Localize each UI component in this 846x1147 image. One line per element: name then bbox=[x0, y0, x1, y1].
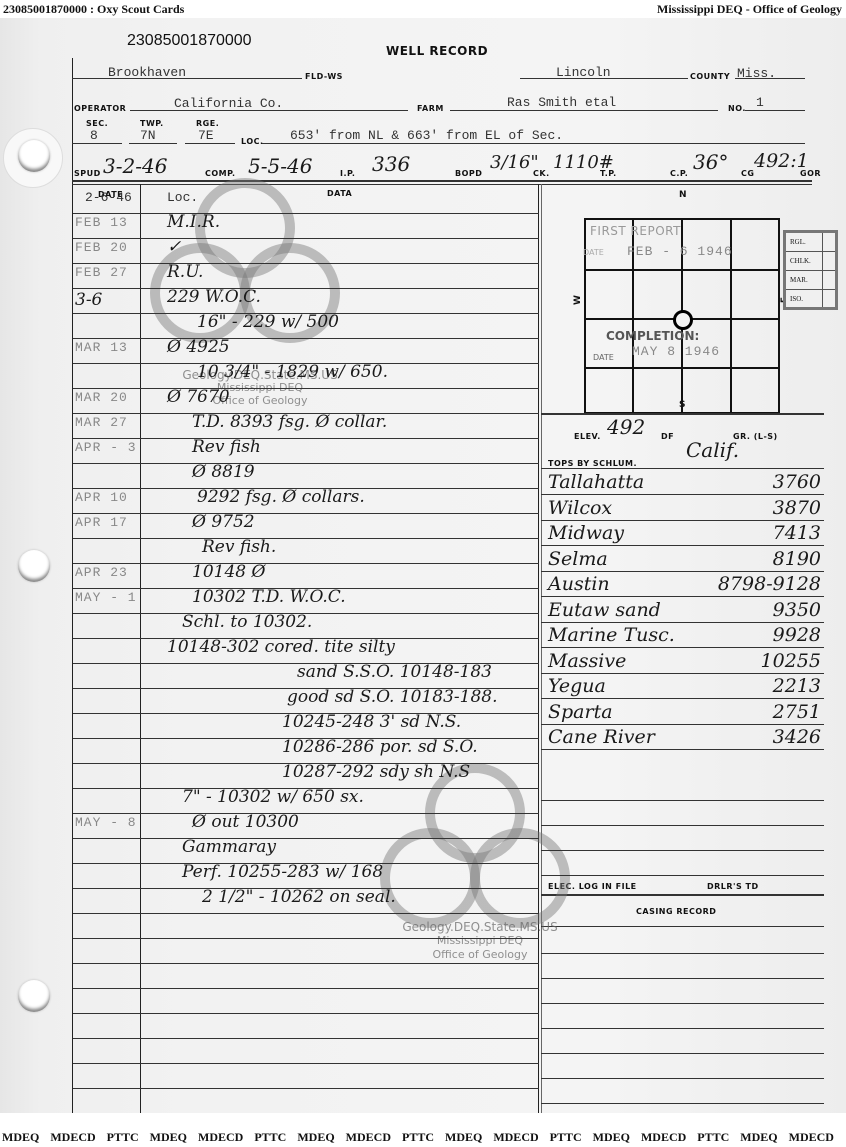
rule bbox=[73, 213, 539, 214]
rule bbox=[73, 563, 539, 564]
rule bbox=[73, 988, 539, 989]
log-row: 10286-286 por. sd S.O. bbox=[73, 736, 540, 760]
rule bbox=[73, 238, 539, 239]
log-entry: Rev fish bbox=[192, 437, 261, 457]
log-row: FEB 27R.U. bbox=[73, 261, 540, 285]
rule bbox=[541, 875, 824, 876]
log-row: FEB 13M.I.R. bbox=[73, 211, 540, 235]
rge-label: RGE. bbox=[196, 119, 219, 128]
log-row: 10 3/4" - 1829 w/ 650. bbox=[73, 361, 540, 385]
twp-value: 7N bbox=[140, 128, 156, 143]
log-row: MAR 13Ø 4925 bbox=[73, 336, 540, 360]
log-entry: R.U. bbox=[167, 262, 203, 282]
log-entry: 229 W.O.C. bbox=[167, 287, 261, 307]
log-row: 10148-302 cored. tite silty bbox=[73, 636, 540, 660]
checklist-item: RGL. bbox=[786, 233, 835, 252]
rule bbox=[541, 926, 824, 927]
log-entry: good sd S.O. 10183-188. bbox=[287, 687, 498, 707]
rule bbox=[541, 749, 824, 750]
gor-label: GOR bbox=[800, 169, 821, 178]
log-date: 2-6-46 bbox=[85, 190, 132, 205]
log-row: APR 109292 fsg. Ø collars. bbox=[73, 486, 540, 510]
formation-depth: 3870 bbox=[773, 497, 821, 519]
rule bbox=[73, 638, 539, 639]
log-entry: Perf. 10255-283 w/ 168 bbox=[182, 862, 383, 882]
formation-name: Eutaw sand bbox=[548, 599, 661, 621]
formation-name: Sparta bbox=[548, 701, 613, 723]
rule bbox=[73, 438, 539, 439]
log-row: FEB 20✓ bbox=[73, 236, 540, 260]
first-report-date: FEB - 6 1946 bbox=[627, 244, 733, 259]
rule bbox=[262, 143, 805, 144]
well-no-label: NO. bbox=[728, 104, 746, 113]
api-number: 23085001870000 bbox=[127, 32, 252, 50]
log-entry: 10287-292 sdy sh N.S bbox=[282, 762, 470, 782]
rule bbox=[72, 78, 302, 79]
formation-depth: 7413 bbox=[773, 522, 821, 544]
df-label: DF bbox=[661, 432, 674, 441]
log-entry: Ø 8819 bbox=[192, 462, 255, 482]
log-entry: 10245-248 3' sd N.S. bbox=[282, 712, 461, 732]
log-row: APR 17Ø 9752 bbox=[73, 511, 540, 535]
punch-hole-icon bbox=[18, 140, 50, 172]
elev-label: ELEV. bbox=[574, 432, 601, 441]
location-value: 653' from NL & 663' from EL of Sec. bbox=[290, 128, 563, 143]
bopd-value: 3/16" bbox=[490, 152, 539, 173]
formation-name: Cane River bbox=[548, 726, 655, 748]
log-entry: Loc. bbox=[167, 190, 198, 205]
log-date: MAR 13 bbox=[75, 340, 128, 355]
watermark-office: Office of Geology bbox=[370, 948, 590, 961]
formation-top-row: Selma8190 bbox=[540, 547, 825, 571]
log-date: FEB 13 bbox=[75, 215, 128, 230]
elev-value: 492 bbox=[607, 415, 645, 439]
rule bbox=[450, 110, 718, 111]
card-title: WELL RECORD bbox=[386, 44, 488, 58]
log-row: 10245-248 3' sd N.S. bbox=[73, 711, 540, 735]
tops-source: Calif. bbox=[686, 438, 739, 462]
watermark-agency: Mississippi DEQ bbox=[370, 934, 590, 947]
first-report-date-label: DATE bbox=[583, 248, 604, 257]
formation-depth: 9928 bbox=[773, 624, 821, 646]
watermark-url: Geology.DEQ.State.MS.US bbox=[370, 920, 590, 934]
log-entry: 10 3/4" - 1829 w/ 650. bbox=[197, 362, 388, 382]
formation-depth: 8190 bbox=[773, 548, 821, 570]
rule bbox=[541, 953, 824, 954]
comp-label: COMP. bbox=[205, 169, 236, 178]
rule bbox=[72, 184, 812, 185]
formation-depth: 8798-9128 bbox=[718, 573, 821, 595]
spud-value: 3-2-46 bbox=[103, 154, 167, 178]
log-entry: 16" - 229 w/ 500 bbox=[197, 312, 339, 332]
checklist-item: ISO. bbox=[786, 290, 835, 309]
ip-label: I.P. bbox=[340, 169, 355, 178]
document-id-title: 23085001870000 : Oxy Scout Cards bbox=[3, 2, 184, 17]
log-entry: sand S.S.O. 10148-183 bbox=[297, 662, 492, 682]
rule bbox=[73, 263, 539, 264]
log-row: Ø 8819 bbox=[73, 461, 540, 485]
log-entry: T.D. 8393 fsg. Ø collar. bbox=[192, 412, 387, 432]
log-row: Perf. 10255-283 w/ 168 bbox=[73, 861, 540, 885]
rule bbox=[73, 1013, 539, 1014]
rule bbox=[745, 110, 805, 111]
formation-name: Massive bbox=[548, 650, 626, 672]
formation-name: Selma bbox=[548, 548, 608, 570]
elec-log-label: ELEC. LOG IN FILE bbox=[548, 882, 637, 891]
log-entry: 7" - 10302 w/ 650 sx. bbox=[182, 787, 364, 807]
rule bbox=[541, 1103, 824, 1104]
formation-top-row: Midway7413 bbox=[540, 521, 825, 545]
log-row: 2-6-46Loc. bbox=[73, 186, 540, 210]
gr-label: GR. (L-S) bbox=[733, 432, 778, 441]
log-entry: ✓ bbox=[167, 237, 181, 257]
log-row: APR 2310148 Ø bbox=[73, 561, 540, 585]
log-date: APR - 3 bbox=[75, 440, 137, 455]
formation-name: Yegua bbox=[548, 675, 606, 697]
log-row: APR - 3Rev fish bbox=[73, 436, 540, 460]
log-row: 10287-292 sdy sh N.S bbox=[73, 761, 540, 785]
field-label: FLD-WS bbox=[305, 72, 343, 81]
loc-label: LOC. bbox=[241, 137, 264, 146]
log-row: 2 1/2" - 10262 on seal. bbox=[73, 886, 540, 910]
farm-value: Ras Smith etal bbox=[507, 95, 616, 110]
log-date: MAY - 8 bbox=[75, 815, 137, 830]
rule bbox=[541, 1078, 824, 1079]
log-row: Gammaray bbox=[73, 836, 540, 860]
punch-hole-icon bbox=[18, 980, 50, 1012]
cg-label: CG bbox=[741, 169, 754, 178]
rule bbox=[541, 468, 824, 469]
log-row: MAR 20Ø 7670 bbox=[73, 386, 540, 410]
formation-top-row: Marine Tusc.9928 bbox=[540, 623, 825, 647]
rule bbox=[72, 180, 812, 182]
log-row: 7" - 10302 w/ 650 sx. bbox=[73, 786, 540, 810]
log-entry: 9292 fsg. Ø collars. bbox=[197, 487, 365, 507]
viewer-header: 23085001870000 : Oxy Scout Cards Mississ… bbox=[0, 0, 846, 18]
log-row: MAY - 8Ø out 10300 bbox=[73, 811, 540, 835]
log-date: APR 17 bbox=[75, 515, 128, 530]
formation-depth: 9350 bbox=[773, 599, 821, 621]
well-record-card: 23085001870000 WELL RECORD Brookhaven FL… bbox=[0, 18, 846, 1113]
rule bbox=[73, 1063, 539, 1064]
rule bbox=[73, 763, 539, 764]
log-date: MAY - 1 bbox=[75, 590, 137, 605]
rule bbox=[73, 413, 539, 414]
rule bbox=[73, 338, 539, 339]
log-row: good sd S.O. 10183-188. bbox=[73, 686, 540, 710]
formation-name: Austin bbox=[548, 573, 610, 595]
comp-value: 5-5-46 bbox=[248, 154, 312, 178]
rule bbox=[73, 488, 539, 489]
checklist-item: MAR. bbox=[786, 271, 835, 290]
rule bbox=[73, 288, 539, 289]
log-date: FEB 20 bbox=[75, 240, 128, 255]
rule bbox=[541, 1028, 824, 1029]
rule bbox=[73, 938, 539, 939]
checklist-item: CHLK. bbox=[786, 252, 835, 271]
log-entry: Schl. to 10302. bbox=[182, 612, 312, 632]
rule bbox=[73, 913, 539, 914]
rule bbox=[541, 1053, 824, 1054]
drlr-td-label: DRLR'S TD bbox=[707, 882, 759, 891]
bopd-label: BOPD bbox=[455, 169, 482, 178]
formation-depth: 2751 bbox=[773, 701, 821, 723]
review-checklist: RGL. CHLK. MAR. ISO. bbox=[783, 230, 838, 310]
formation-depth: 10255 bbox=[761, 650, 821, 672]
rule bbox=[541, 1003, 824, 1004]
log-entry: Ø 7670 bbox=[167, 387, 230, 407]
spud-label: SPUD bbox=[74, 169, 101, 178]
sec-label: SEC. bbox=[86, 119, 108, 128]
rule bbox=[541, 978, 824, 979]
completion-date: MAY 8 1946 bbox=[632, 344, 720, 359]
rule bbox=[73, 588, 539, 589]
rule bbox=[541, 894, 824, 896]
formation-top-row: Austin8798-9128 bbox=[540, 572, 825, 596]
log-entry: Rev fish. bbox=[202, 537, 276, 557]
formation-depth: 2213 bbox=[773, 675, 821, 697]
formation-top-row: Tallahatta3760 bbox=[540, 470, 825, 494]
log-entry: Ø 9752 bbox=[192, 512, 255, 532]
rule bbox=[73, 688, 539, 689]
log-date: APR 10 bbox=[75, 490, 128, 505]
rule bbox=[73, 838, 539, 839]
rule bbox=[73, 788, 539, 789]
formation-depth: 3426 bbox=[773, 726, 821, 748]
formation-top-row: Yegua2213 bbox=[540, 674, 825, 698]
farm-label: FARM bbox=[417, 104, 444, 113]
formation-name: Marine Tusc. bbox=[548, 624, 675, 646]
log-entry: Ø out 10300 bbox=[192, 812, 299, 832]
formation-top-row: Wilcox3870 bbox=[540, 496, 825, 520]
rule bbox=[73, 713, 539, 714]
log-row: 16" - 229 w/ 500 bbox=[73, 311, 540, 335]
rule bbox=[129, 143, 177, 144]
sec-value: 8 bbox=[90, 128, 98, 143]
rule bbox=[520, 78, 688, 79]
rule bbox=[541, 800, 824, 801]
well-no-value: 1 bbox=[756, 95, 764, 110]
completion-stamp: COMPLETION: bbox=[606, 329, 699, 343]
rule bbox=[73, 1038, 539, 1039]
operator-label: OPERATOR bbox=[74, 104, 126, 113]
formation-name: Wilcox bbox=[548, 497, 612, 519]
log-date: FEB 27 bbox=[75, 265, 128, 280]
county-label: COUNTY bbox=[690, 72, 730, 81]
casing-record-label: CASING RECORD bbox=[636, 907, 716, 916]
rule bbox=[541, 825, 824, 826]
rule bbox=[73, 1088, 539, 1089]
log-date: APR 23 bbox=[75, 565, 128, 580]
operator-value: California Co. bbox=[174, 96, 283, 111]
rule bbox=[73, 738, 539, 739]
log-date: MAR 27 bbox=[75, 415, 128, 430]
rule bbox=[185, 143, 235, 144]
rule bbox=[72, 143, 122, 144]
rge-value: 7E bbox=[198, 128, 214, 143]
log-entry: 2 1/2" - 10262 on seal. bbox=[202, 887, 396, 907]
agency-title: Mississippi DEQ - Office of Geology bbox=[657, 2, 842, 17]
formation-top-row: Eutaw sand9350 bbox=[540, 598, 825, 622]
log-row: MAY - 110302 T.D. W.O.C. bbox=[73, 586, 540, 610]
cp-value: 36° bbox=[693, 150, 728, 174]
log-row: 3-6229 W.O.C. bbox=[73, 286, 540, 310]
formation-name: Tallahatta bbox=[548, 471, 644, 493]
rule bbox=[73, 538, 539, 539]
log-row: sand S.S.O. 10148-183 bbox=[73, 661, 540, 685]
log-entry: 10286-286 por. sd S.O. bbox=[282, 737, 478, 757]
ck-label: CK. bbox=[533, 169, 550, 178]
rule bbox=[735, 78, 805, 79]
ip-value: 336 bbox=[372, 152, 410, 176]
completion-date-label: DATE bbox=[593, 353, 614, 362]
log-row: Schl. to 10302. bbox=[73, 611, 540, 635]
log-row: Rev fish. bbox=[73, 536, 540, 560]
rule bbox=[541, 850, 824, 851]
rule bbox=[73, 663, 539, 664]
log-row: MAR 27T.D. 8393 fsg. Ø collar. bbox=[73, 411, 540, 435]
rule bbox=[73, 963, 539, 964]
log-entry: 10148-302 cored. tite silty bbox=[167, 637, 395, 657]
rule bbox=[541, 413, 824, 415]
rule bbox=[73, 863, 539, 864]
rule bbox=[73, 813, 539, 814]
tops-label: TOPS BY SCHLUM. bbox=[548, 459, 637, 468]
formation-depth: 3760 bbox=[773, 471, 821, 493]
north-label: N bbox=[679, 190, 687, 200]
cp-label: C.P. bbox=[670, 169, 688, 178]
footer-banner: MDEQ MDECD PTTC MDEQ MDECD PTTC MDEQ MDE… bbox=[0, 1130, 846, 1147]
rule bbox=[130, 110, 408, 111]
punch-hole-icon bbox=[18, 550, 50, 582]
log-entry: 10148 Ø bbox=[192, 562, 265, 582]
log-entry: Gammaray bbox=[182, 837, 276, 857]
formation-top-row: Cane River3426 bbox=[540, 725, 825, 749]
log-date: 3-6 bbox=[75, 290, 102, 310]
formation-top-row: Massive10255 bbox=[540, 649, 825, 673]
log-entry: M.I.R. bbox=[167, 212, 220, 232]
well-location-icon bbox=[673, 310, 693, 330]
rule bbox=[73, 613, 539, 614]
first-report-stamp: FIRST REPORT bbox=[590, 224, 681, 238]
log-entry: Ø 4925 bbox=[167, 337, 230, 357]
tp-label: T.P. bbox=[600, 169, 617, 178]
west-label: W bbox=[573, 295, 583, 305]
rule bbox=[73, 388, 539, 389]
formation-name: Midway bbox=[548, 522, 624, 544]
rule bbox=[73, 888, 539, 889]
twp-label: TWP. bbox=[140, 119, 164, 128]
rule bbox=[73, 363, 539, 364]
rule bbox=[73, 463, 539, 464]
log-entry: 10302 T.D. W.O.C. bbox=[192, 587, 346, 607]
log-date: MAR 20 bbox=[75, 390, 128, 405]
rule bbox=[73, 313, 539, 314]
rule bbox=[73, 513, 539, 514]
formation-top-row: Sparta2751 bbox=[540, 700, 825, 724]
